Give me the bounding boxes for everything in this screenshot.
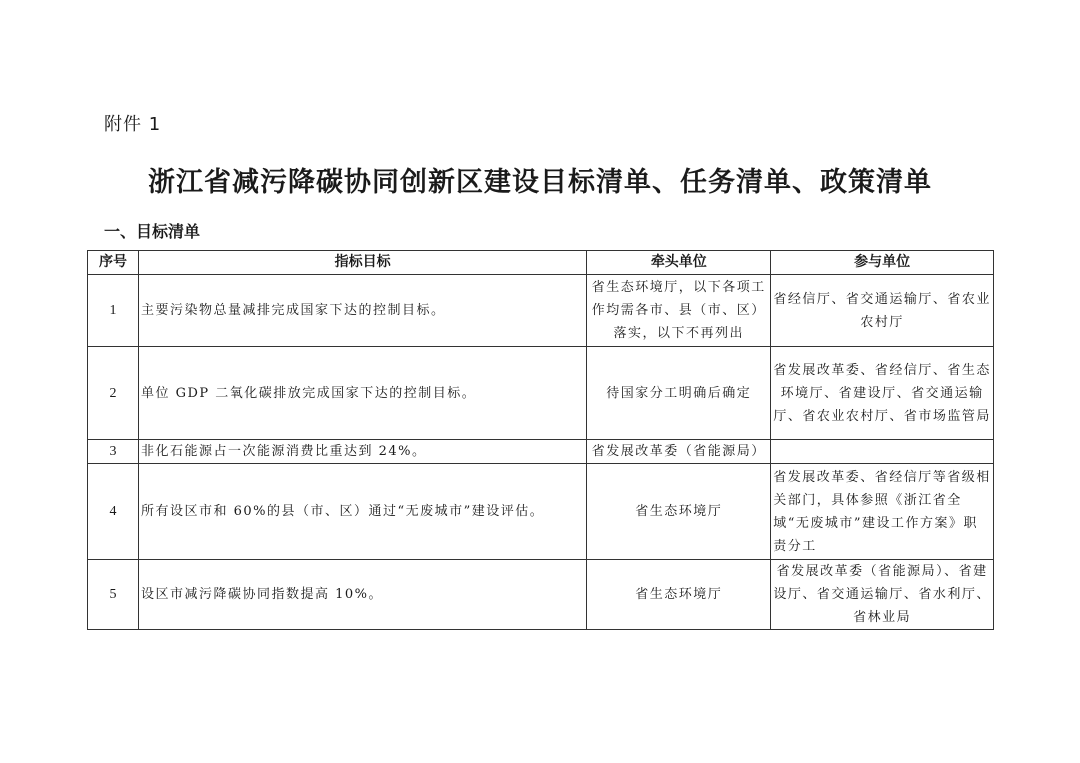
row-number: 2 <box>88 347 139 440</box>
table-row: 1 主要污染物总量减排完成国家下达的控制目标。 省生态环境厅，以下各项工作均需各… <box>88 275 994 347</box>
table-header-row: 序号 指标目标 牵头单位 参与单位 <box>88 251 994 275</box>
row-participating-units <box>771 440 994 464</box>
row-participating-units: 省发展改革委、省经信厅、省生态环境厅、省建设厅、省交通运输厅、省农业农村厅、省市… <box>771 347 994 440</box>
row-lead-unit: 省生态环境厅 <box>587 464 771 560</box>
row-target: 设区市减污降碳协同指数提高 10%。 <box>138 560 586 630</box>
row-lead-unit: 省生态环境厅，以下各项工作均需各市、县（市、区）落实，以下不再列出 <box>587 275 771 347</box>
row-participating-units: 省发展改革委（省能源局）、省建设厅、省交通运输厅、省水利厅、省林业局 <box>771 560 994 630</box>
row-participating-units: 省发展改革委、省经信厅等省级相关部门，具体参照《浙江省全域“无废城市”建设工作方… <box>771 464 994 560</box>
row-number: 4 <box>88 464 139 560</box>
row-number: 5 <box>88 560 139 630</box>
row-target: 单位 GDP 二氧化碳排放完成国家下达的控制目标。 <box>138 347 586 440</box>
header-lead-unit: 牵头单位 <box>587 251 771 275</box>
row-target: 非化石能源占一次能源消费比重达到 24%。 <box>138 440 586 464</box>
table-row: 2 单位 GDP 二氧化碳排放完成国家下达的控制目标。 待国家分工明确后确定 省… <box>88 347 994 440</box>
header-participating-units: 参与单位 <box>771 251 994 275</box>
table-row: 3 非化石能源占一次能源消费比重达到 24%。 省发展改革委（省能源局） <box>88 440 994 464</box>
attachment-label: 附件 1 <box>104 110 161 136</box>
row-number: 3 <box>88 440 139 464</box>
table-row: 5 设区市减污降碳协同指数提高 10%。 省生态环境厅 省发展改革委（省能源局）… <box>88 560 994 630</box>
section-heading: 一、目标清单 <box>104 219 200 242</box>
table-row: 4 所有设区市和 60%的县（市、区）通过“无废城市”建设评估。 省生态环境厅 … <box>88 464 994 560</box>
header-serial-no: 序号 <box>88 251 139 275</box>
row-lead-unit: 待国家分工明确后确定 <box>587 347 771 440</box>
row-participating-units: 省经信厅、省交通运输厅、省农业农村厅 <box>771 275 994 347</box>
header-target: 指标目标 <box>138 251 586 275</box>
row-number: 1 <box>88 275 139 347</box>
row-lead-unit: 省发展改革委（省能源局） <box>587 440 771 464</box>
document-title: 浙江省减污降碳协同创新区建设目标清单、任务清单、政策清单 <box>0 160 1080 199</box>
row-target: 所有设区市和 60%的县（市、区）通过“无废城市”建设评估。 <box>138 464 586 560</box>
row-target: 主要污染物总量减排完成国家下达的控制目标。 <box>138 275 586 347</box>
target-list-table: 序号 指标目标 牵头单位 参与单位 1 主要污染物总量减排完成国家下达的控制目标… <box>87 250 994 630</box>
row-lead-unit: 省生态环境厅 <box>587 560 771 630</box>
